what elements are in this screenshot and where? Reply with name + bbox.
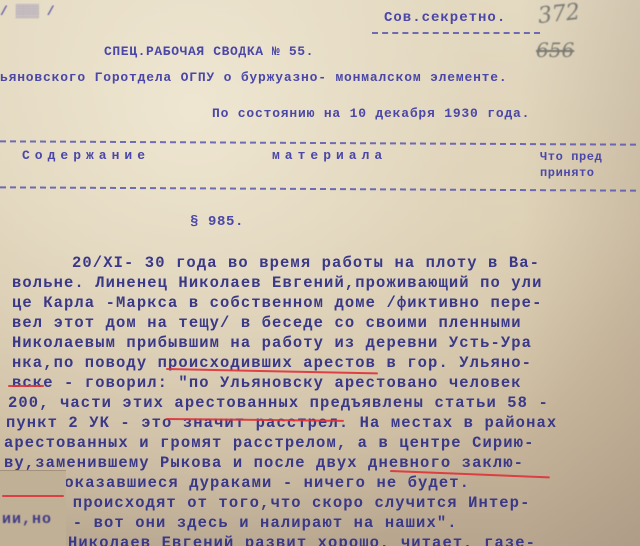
body-line: вске - говорил: "по Ульяновску арестован…	[12, 374, 522, 392]
body-line: арестованных и громят расстрелом, а в це…	[4, 434, 534, 452]
body-line: Николаев Евгений развит хорошо, читает, …	[68, 534, 536, 546]
report-subtitle: ьяновского Горотдела ОГПУ о буржуазно- м…	[0, 70, 507, 85]
classification-label: Сов.секретно.	[384, 10, 506, 26]
body-line: венция - вот они здесь и налирают на наш…	[0, 514, 458, 532]
body-line: Николаевым прибывшим на работу из деревн…	[12, 334, 532, 352]
column-header-material: материала	[272, 148, 387, 163]
red-underline-200	[8, 385, 44, 387]
underlying-sheet: ии,но	[0, 470, 66, 546]
body-line: вел этот дом на тещу/ в беседе со своими…	[12, 314, 522, 332]
body-line: пункт 2 УК - это значит расстрел. На мес…	[6, 414, 557, 432]
archive-number-bottom: 656	[536, 38, 574, 62]
underlying-sheet-text: ии,но	[2, 511, 52, 528]
column-header-content: Содержание	[22, 148, 150, 163]
body-line: ву,заменившему Рыкова и после двух дневн…	[4, 454, 524, 472]
body-line: вольне. Линенец Николаев Евгений,прожива…	[12, 274, 542, 292]
report-date: По состоянию на 10 декабря 1930 года.	[212, 106, 530, 121]
body-line: це Карла -Маркса в собственном доме /фик…	[12, 294, 542, 312]
red-underline-intervention-cont	[2, 495, 64, 497]
body-line: чения оказавшиеся дураками - ничего не б…	[2, 474, 470, 492]
body-line: 200, части этих арестованных предъявлены…	[8, 394, 549, 412]
classification-underline	[372, 32, 540, 34]
report-title: СПЕЦ.РАБОЧАЯ СВОДКА № 55.	[104, 44, 314, 59]
body-line: 20/XI- 30 года во время работы на плоту …	[72, 254, 540, 272]
body-line: Аресты происходят от того,что скоро случ…	[0, 494, 530, 512]
column-header-action-1: Что пред	[540, 150, 602, 164]
archive-number-top: 372	[537, 0, 581, 29]
section-number: § 985.	[190, 214, 244, 230]
column-header-action-2: принято	[540, 166, 595, 180]
paper-shadow	[520, 0, 640, 546]
corner-mark: / ▒▒▒ /	[0, 4, 55, 19]
